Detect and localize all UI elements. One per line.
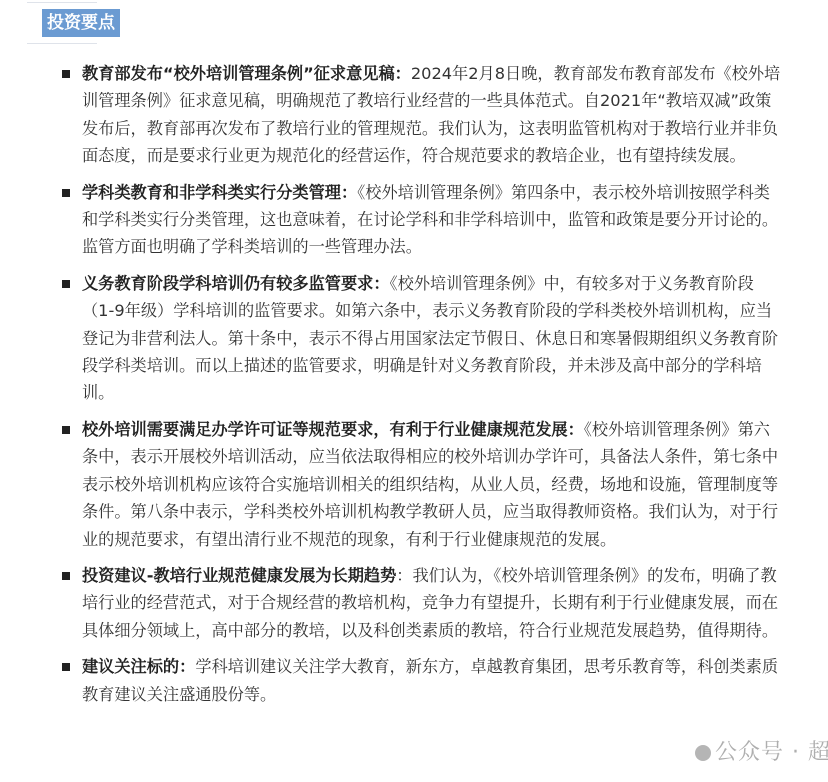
item-title: 建议关注标的： [82, 657, 195, 676]
item-body: 《校外培训管理条例》第六条中，表示开展校外培训活动，应当依法取得相应的校外培训办… [82, 420, 778, 549]
item-title: 义务教育阶段学科培训仍有较多监管要求： [82, 274, 390, 293]
item-title: 教育部发布“校外培训管理条例”征求意见稿： [82, 64, 411, 83]
square-bullet-icon [62, 280, 70, 288]
item-title: 投资建议-教培行业规范健康发展为长期趋势 [82, 566, 396, 585]
item-title: 学科类教育和非学科类实行分类管理： [82, 183, 357, 202]
item-title: 校外培训需要满足办学许可证等规范要求，有利于行业健康规范发展： [82, 420, 584, 439]
watermark-text: 公众号 · 超越逻辑说 [715, 740, 828, 765]
wechat-logo-icon [695, 745, 711, 761]
square-bullet-icon [62, 663, 70, 671]
section-title: 投资要点 [42, 9, 120, 37]
section-header: 投资要点 [42, 2, 120, 44]
list-item: 学科类教育和非学科类实行分类管理：《校外培训管理条例》第四条中，表示校外培训按照… [62, 179, 782, 261]
investment-points-list: 教育部发布“校外培训管理条例”征求意见稿：2024年2月8日晚，教育部发布教育部… [62, 60, 782, 717]
list-item: 校外培训需要满足办学许可证等规范要求，有利于行业健康规范发展：《校外培训管理条例… [62, 416, 782, 553]
list-item: 教育部发布“校外培训管理条例”征求意见稿：2024年2月8日晚，教育部发布教育部… [62, 60, 782, 170]
list-item: 建议关注标的：学科培训建议关注学大教育，新东方，卓越教育集团，思考乐教育等，科创… [62, 653, 782, 708]
list-item: 投资建议-教培行业规范健康发展为长期趋势：我们认为，《校外培训管理条例》的发布，… [62, 562, 782, 644]
watermark: 公众号 · 超越逻辑说 [695, 735, 828, 766]
square-bullet-icon [62, 189, 70, 197]
square-bullet-icon [62, 426, 70, 434]
divider [27, 2, 97, 3]
item-body: 《校外培训管理条例》中，有较多对于义务教育阶段（1-9年级）学科培训的监管要求。… [82, 274, 778, 403]
square-bullet-icon [62, 572, 70, 580]
square-bullet-icon [62, 70, 70, 78]
divider [27, 43, 97, 44]
list-item: 义务教育阶段学科培训仍有较多监管要求：《校外培训管理条例》中，有较多对于义务教育… [62, 270, 782, 407]
